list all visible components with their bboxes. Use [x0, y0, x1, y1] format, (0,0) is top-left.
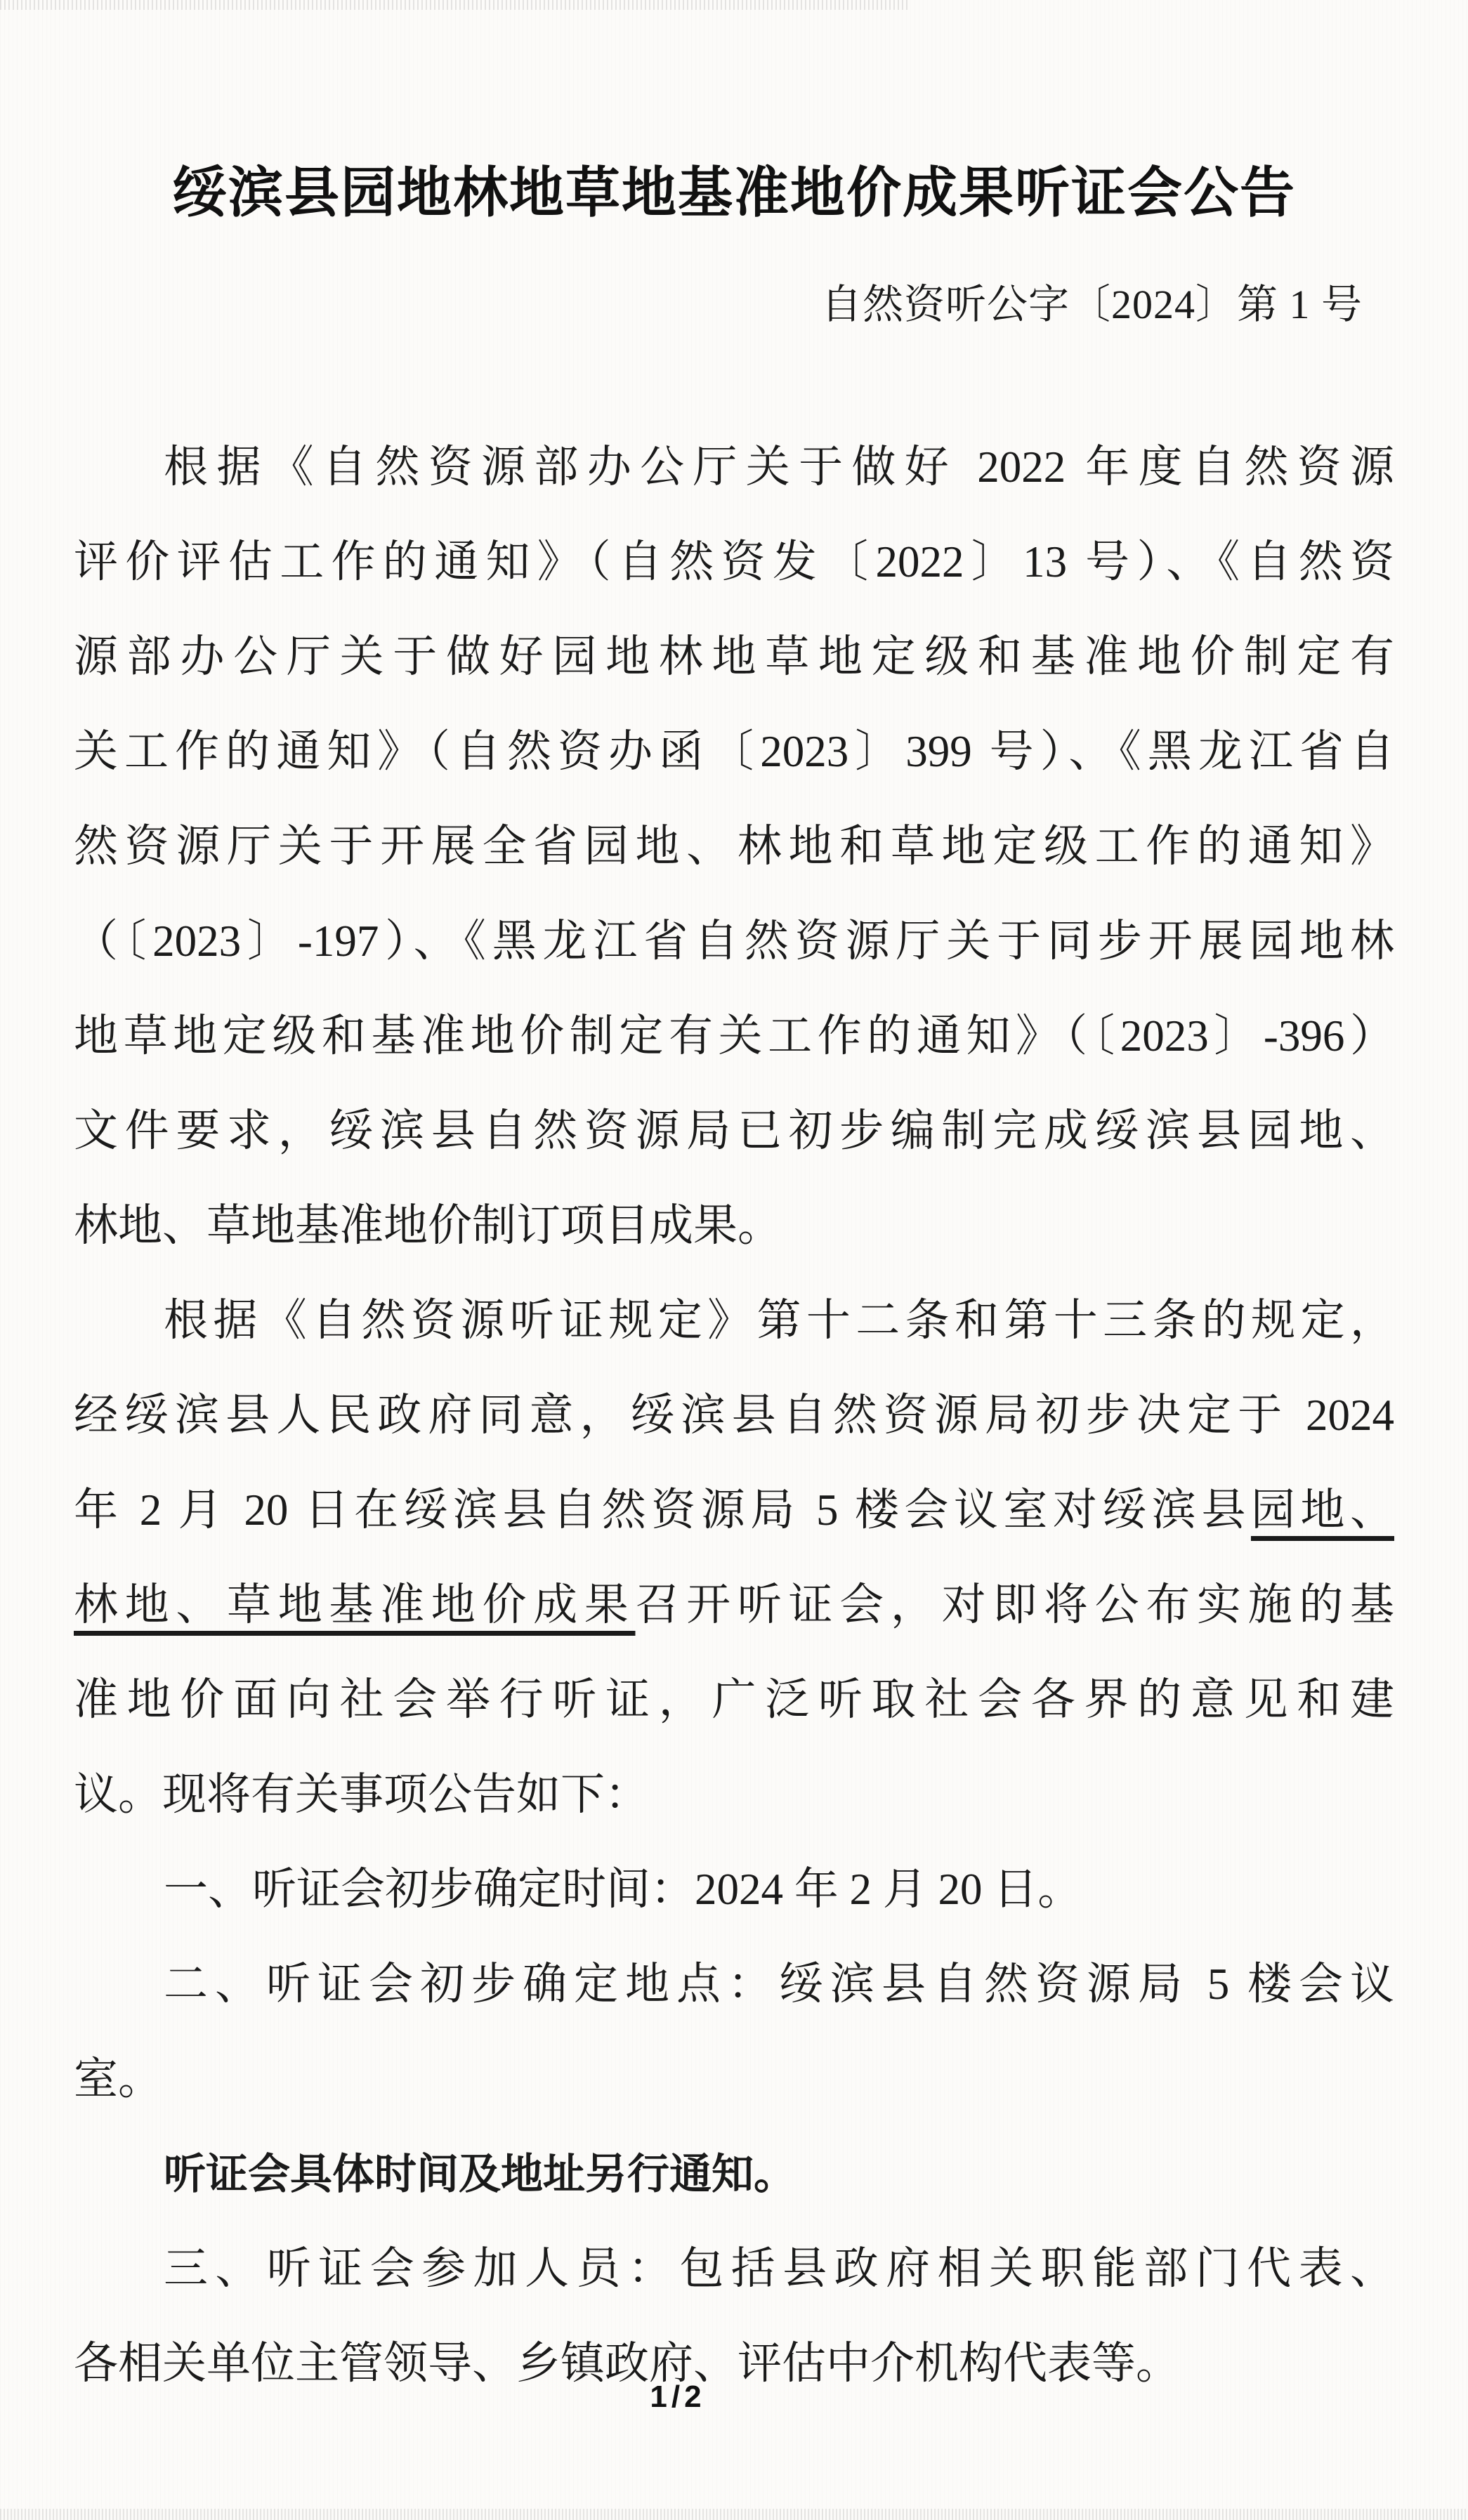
text-segment: 听证会具体时间及地址另行通知。 — [164, 2151, 796, 2198]
text-segment: 一、听证会初步确定时间：2024 年 2 月 20 日。 — [164, 1865, 1082, 1914]
text-segment: （〔2023〕-197）、《黑龙江省自然资源厅关于同步开展园地林 — [74, 917, 1394, 966]
text-line: 二、听证会初步确定地点：绥滨县自然资源局 5 楼会议 — [74, 1937, 1394, 2032]
text-segment: 评价评估工作的通知》（自然资发〔2022〕13 号）、《自然资 — [74, 537, 1394, 586]
text-segment: 经绥滨县人民政府同意，绥滨县自然资源局初步决定于 2024 — [74, 1391, 1394, 1440]
text-line: 根据《自然资源听证规定》第十二条和第十三条的规定， — [74, 1273, 1394, 1368]
text-segment: 召开听证会，对即将公布实施的基 — [635, 1580, 1394, 1629]
text-line: 根据《自然资源部办公厅关于做好 2022 年度自然资源 — [74, 420, 1394, 515]
text-line: 然资源厅关于开展全省园地、林地和草地定级工作的通知》 — [74, 799, 1394, 894]
text-line: 文件要求，绥滨县自然资源局已初步编制完成绥滨县园地、 — [74, 1084, 1394, 1179]
text-line: 关工作的通知》（自然资办函〔2023〕399 号）、《黑龙江省自 — [74, 704, 1394, 799]
text-segment: 然资源厅关于开展全省园地、林地和草地定级工作的通知》 — [74, 822, 1394, 871]
text-line: （〔2023〕-197）、《黑龙江省自然资源厅关于同步开展园地林 — [74, 894, 1394, 989]
text-line: 年 2 月 20 日在绥滨县自然资源局 5 楼会议室对绥滨县园地、 — [74, 1463, 1394, 1558]
text-segment: 文件要求，绥滨县自然资源局已初步编制完成绥滨县园地、 — [74, 1106, 1394, 1155]
text-line: 室。 — [74, 2032, 1394, 2127]
scan-noise-top-edge — [0, 0, 910, 10]
text-line: 评价评估工作的通知》（自然资发〔2022〕13 号）、《自然资 — [74, 515, 1394, 610]
document-body: 根据《自然资源部办公厅关于做好 2022 年度自然资源评价评估工作的通知》（自然… — [74, 420, 1394, 2411]
document-number: 自然资听公字〔2024〕第 1 号 — [821, 271, 1363, 330]
text-line: 林地、草地基准地价成果召开听证会，对即将公布实施的基 — [74, 1558, 1394, 1653]
text-line: 听证会具体时间及地址另行通知。 — [74, 2127, 1394, 2222]
text-segment: 关工作的通知》（自然资办函〔2023〕399 号）、《黑龙江省自 — [74, 727, 1394, 776]
text-segment: 三、听证会参加人员：包括县政府相关职能部门代表、 — [164, 2244, 1394, 2293]
underlined-text: 园地、 — [1251, 1485, 1394, 1535]
text-segment: 准地价面向社会举行听证，广泛听取社会各界的意见和建 — [74, 1675, 1394, 1724]
text-line: 源部办公厅关于做好园地林地草地定级和基准地价制定有 — [74, 610, 1394, 704]
scanned-document-page: 绥滨县园地林地草地基准地价成果听证会公告 自然资听公字〔2024〕第 1 号 根… — [0, 0, 1468, 2520]
text-line: 三、听证会参加人员：包括县政府相关职能部门代表、 — [74, 2222, 1394, 2316]
text-segment: 源部办公厅关于做好园地林地草地定级和基准地价制定有 — [74, 632, 1394, 681]
text-segment: 年 2 月 20 日在绥滨县自然资源局 5 楼会议室对绥滨县 — [74, 1485, 1251, 1535]
text-line: 林地、草地基准地价制订项目成果。 — [74, 1179, 1394, 1273]
page-number: 1/2 — [0, 2380, 1356, 2415]
text-segment: 议。现将有关事项公告如下： — [74, 1770, 649, 1819]
text-line: 准地价面向社会举行听证，广泛听取社会各界的意见和建 — [74, 1653, 1394, 1747]
text-line: 一、听证会初步确定时间：2024 年 2 月 20 日。 — [74, 1842, 1394, 1937]
text-segment: 根据《自然资源听证规定》第十二条和第十三条的规定， — [164, 1296, 1394, 1345]
text-line: 议。现将有关事项公告如下： — [74, 1747, 1394, 1842]
text-line: 经绥滨县人民政府同意，绥滨县自然资源局初步决定于 2024 — [74, 1368, 1394, 1463]
underlined-text: 林地、草地基准地价成果 — [74, 1580, 635, 1629]
text-segment: 林地、草地基准地价制订项目成果。 — [74, 1201, 782, 1250]
document-title: 绥滨县园地林地草地基准地价成果听证会公告 — [0, 149, 1468, 228]
text-segment: 二、听证会初步确定地点：绥滨县自然资源局 5 楼会议 — [164, 1960, 1394, 2009]
text-segment: 地草地定级和基准地价制定有关工作的通知》（〔2023〕-396） — [74, 1011, 1394, 1061]
scan-noise-bottom-edge — [0, 2509, 1468, 2520]
text-segment: 根据《自然资源部办公厅关于做好 2022 年度自然资源 — [164, 442, 1394, 492]
text-line: 地草地定级和基准地价制定有关工作的通知》（〔2023〕-396） — [74, 989, 1394, 1084]
text-segment: 室。 — [74, 2054, 162, 2104]
